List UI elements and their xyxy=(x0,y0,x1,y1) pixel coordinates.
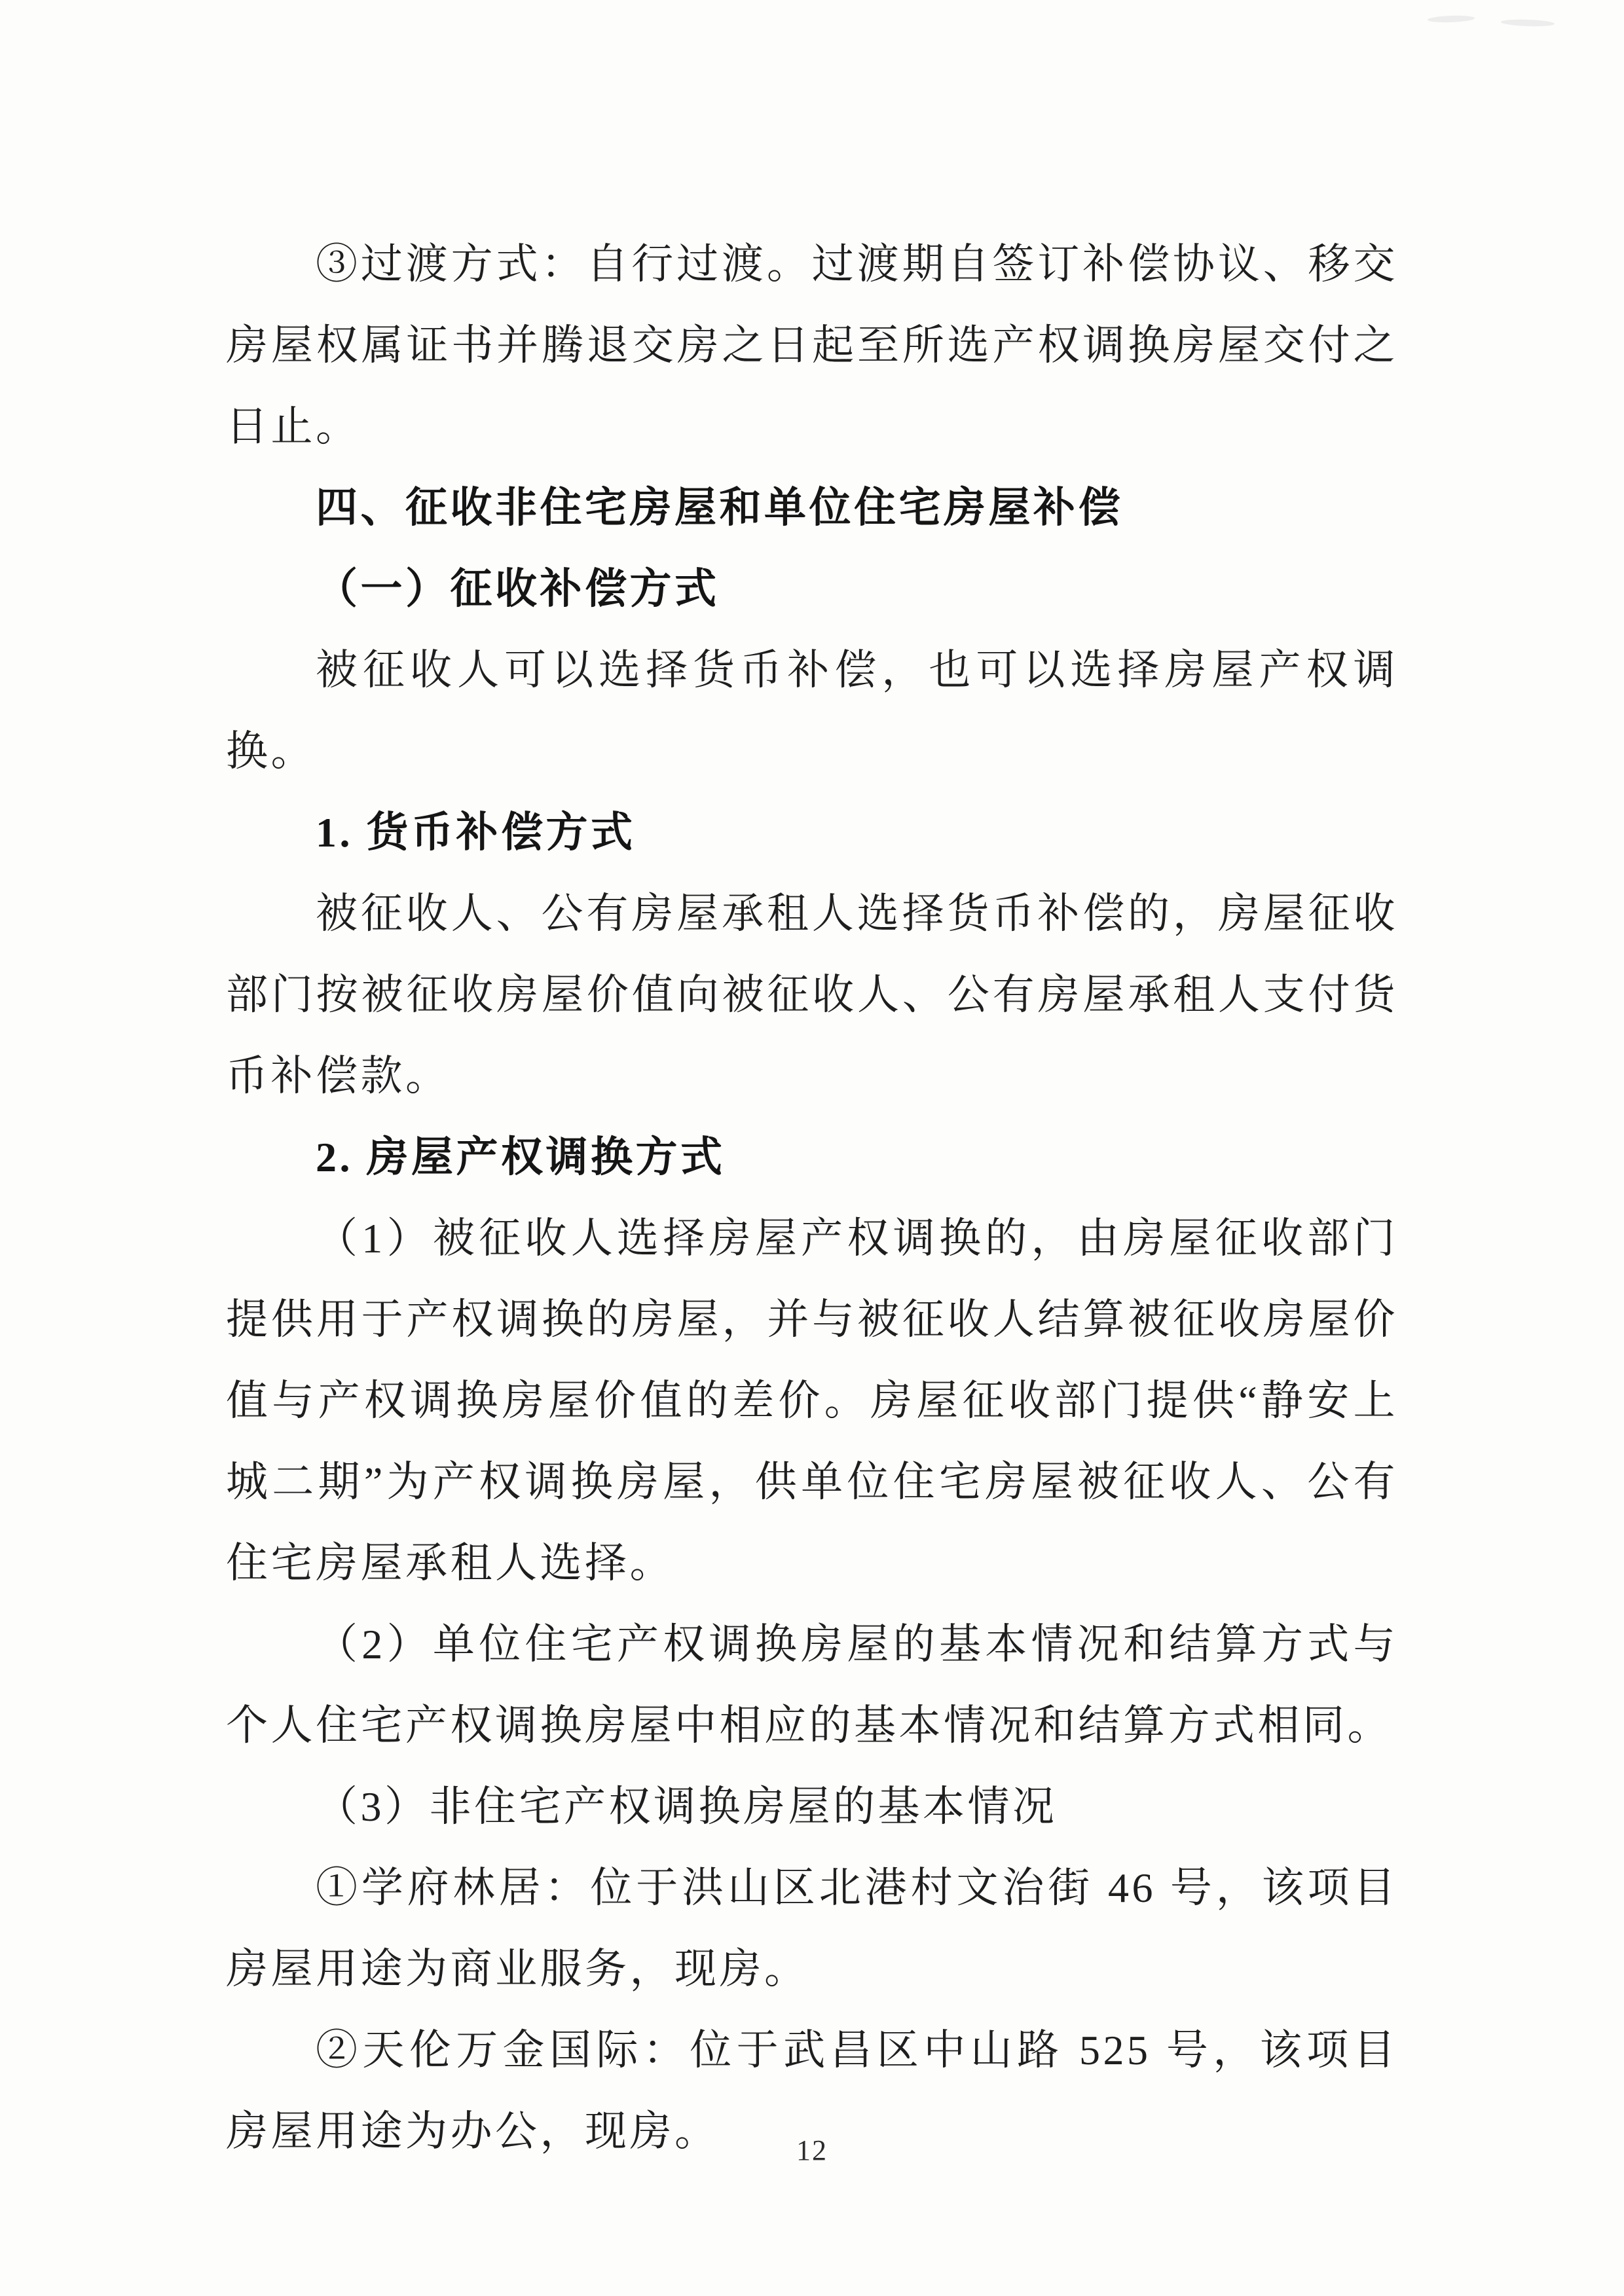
section-heading: （一）征收补偿方式 xyxy=(226,549,1398,630)
section-heading: 1. 货币补偿方式 xyxy=(226,792,1398,873)
body-paragraph: （1）被征收人选择房屋产权调换的，由房屋征收部门提供用于产权调换的房屋，并与被征… xyxy=(226,1198,1398,1604)
scan-artifact xyxy=(1501,19,1555,27)
body-paragraph: 被征收人、公有房屋承租人选择货币补偿的，房屋征收部门按被征收房屋价值向被征收人、… xyxy=(226,873,1398,1117)
scanned-document-page: ③过渡方式：自行过渡。过渡期自签订补偿协议、移交房屋权属证书并腾退交房之日起至所… xyxy=(0,0,1624,2296)
body-paragraph: ①学府林居：位于洪山区北港村文治街 46 号，该项目房屋用途为商业服务，现房。 xyxy=(226,1848,1398,2010)
body-paragraph: （3）非住宅产权调换房屋的基本情况 xyxy=(226,1766,1398,1848)
body-paragraph: （2）单位住宅产权调换房屋的基本情况和结算方式与个人住宅产权调换房屋中相应的基本… xyxy=(226,1604,1398,1766)
section-heading: 2. 房屋产权调换方式 xyxy=(226,1117,1398,1198)
body-paragraph: ③过渡方式：自行过渡。过渡期自签订补偿协议、移交房屋权属证书并腾退交房之日起至所… xyxy=(226,224,1398,467)
section-heading: 四、征收非住宅房屋和单位住宅房屋补偿 xyxy=(226,467,1398,549)
scan-artifact xyxy=(1428,15,1475,24)
page-footer: 12 xyxy=(0,2131,1624,2170)
page-number: 12 xyxy=(796,2134,828,2166)
document-body: ③过渡方式：自行过渡。过渡期自签订补偿协议、移交房屋权属证书并腾退交房之日起至所… xyxy=(226,224,1398,2172)
body-paragraph: 被征收人可以选择货币补偿，也可以选择房屋产权调换。 xyxy=(226,630,1398,792)
